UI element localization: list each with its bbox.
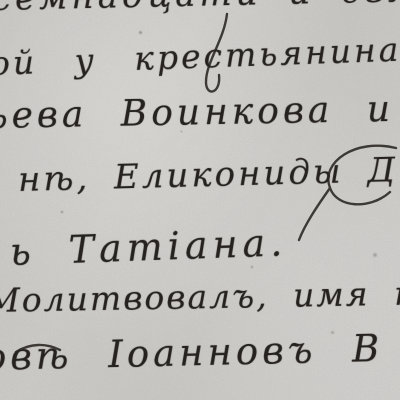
ink-speck: [372, 252, 378, 258]
handwriting-line-6: Молитвовалъ, имя к: [0, 274, 400, 320]
handwriting-line-3: ьева Воинкова и: [0, 89, 394, 137]
manuscript-scan: семнадцати и свящ ой у крестьянина с ьев…: [0, 0, 400, 400]
capital-d-tail-stroke: [299, 188, 330, 240]
ink-speck: [138, 30, 143, 35]
handwriting-line-4: нѣ, Еликониды Д: [17, 150, 398, 200]
handwriting-line-5: ь Татіана.: [9, 220, 288, 274]
handwriting-line-1: семнадцати и свящ: [0, 0, 400, 19]
handwriting-line-2: ой у крестьянина с: [0, 28, 400, 83]
handwriting-line-7: овѣ Іоанновъ В: [0, 327, 384, 379]
ink-speck: [60, 210, 64, 214]
